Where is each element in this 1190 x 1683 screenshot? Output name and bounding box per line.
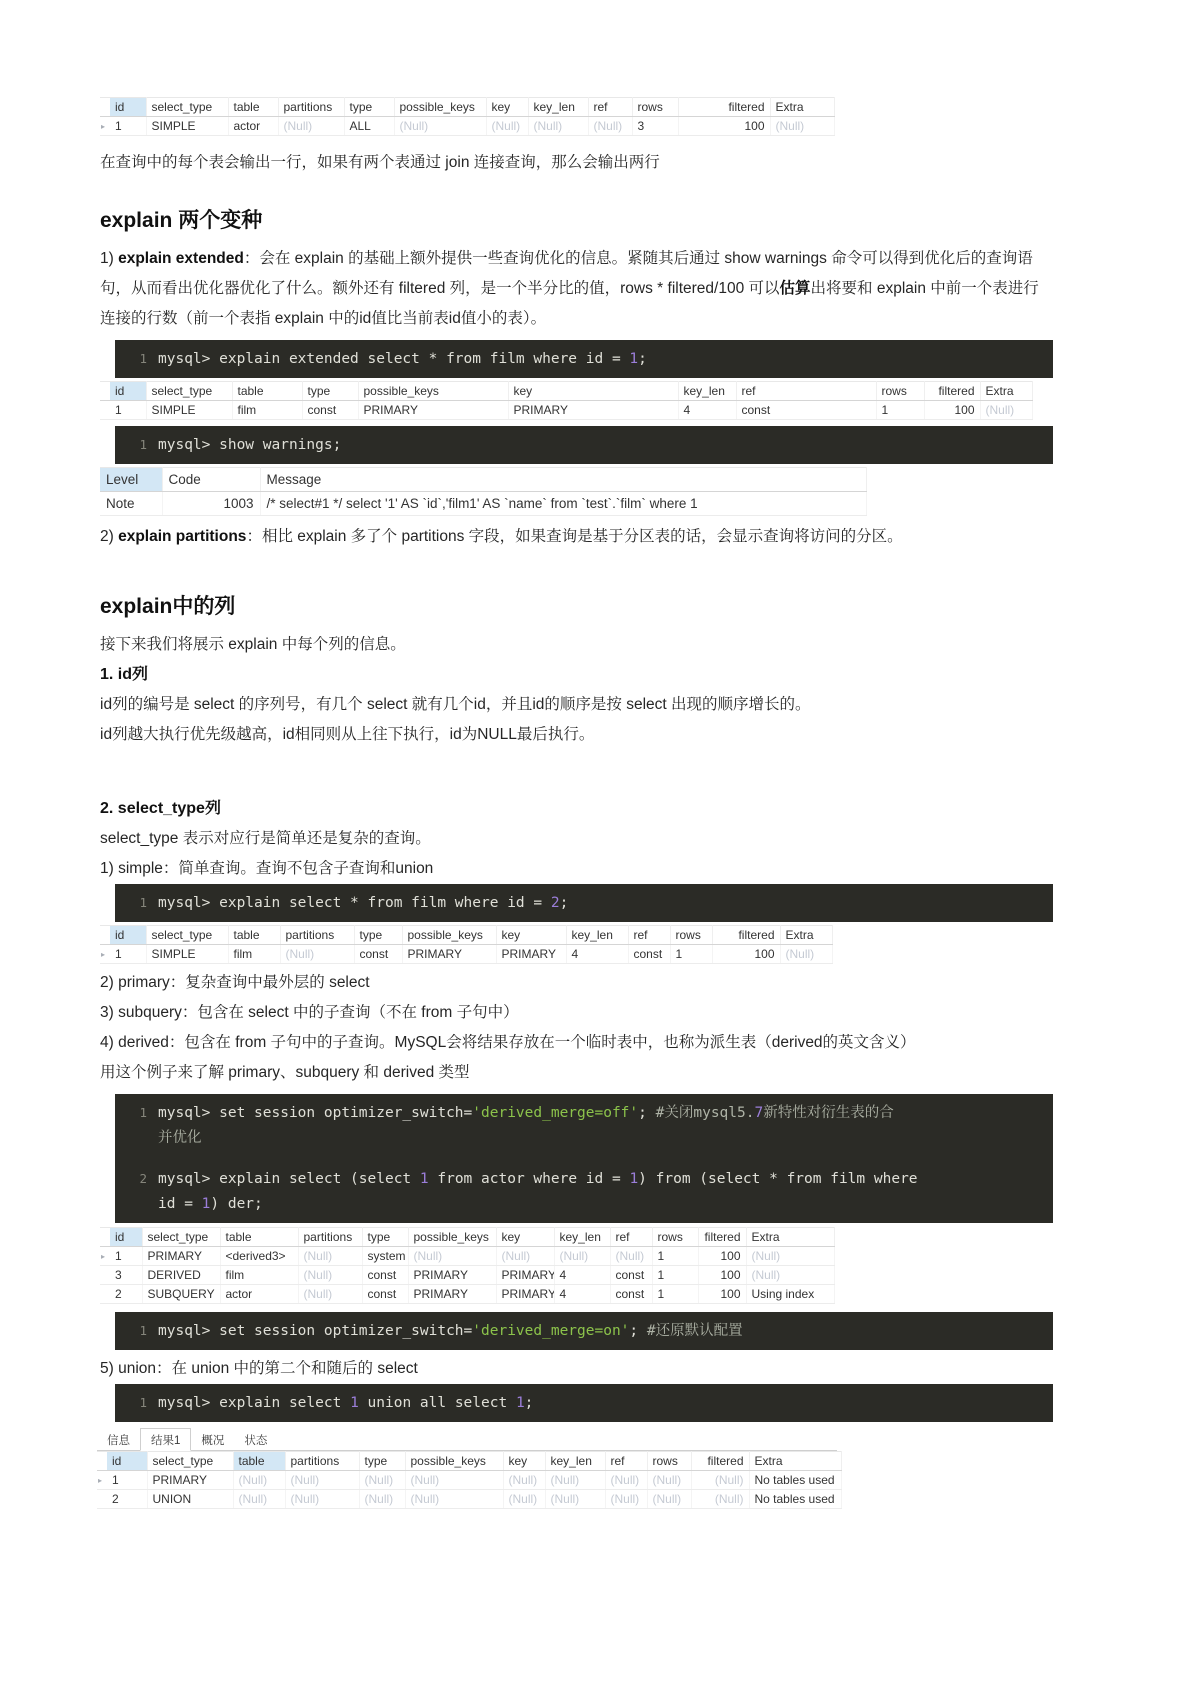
- explain-partitions-paragraph: 2) explain partitions：相比 explain 多了个 par…: [100, 522, 1048, 552]
- result-table-union: id select_type table partitions type pos…: [97, 1451, 842, 1509]
- col-type: type: [344, 98, 394, 117]
- code-line: 1mysql> explain select 1 union all selec…: [131, 1390, 1053, 1416]
- col-key: key: [486, 98, 528, 117]
- result-tabs: 信息 结果1 概况 状态: [97, 1428, 837, 1451]
- tab-overview[interactable]: 概况: [191, 1429, 234, 1450]
- code-line: 并优化: [131, 1126, 1053, 1151]
- join-note: 在查询中的每个表会输出一行，如果有两个表通过 join 连接查询，那么会输出两行: [100, 148, 1048, 178]
- explain-extended-term: explain extended: [118, 250, 244, 267]
- col-filtered: filtered: [678, 98, 770, 117]
- table-header-row: id select_type table partitions type pos…: [97, 1452, 841, 1471]
- col-key-len: key_len: [528, 98, 588, 117]
- tab-info[interactable]: 信息: [97, 1429, 140, 1450]
- table-header-row: id select_type table type possible_keys …: [100, 382, 1032, 401]
- code-line: id = 1) der;: [131, 1192, 1053, 1217]
- result-table-extended: id select_type table type possible_keys …: [100, 381, 1033, 420]
- code-block-show-warnings: 1mysql> show warnings;: [115, 426, 1053, 464]
- table-row: ▸ 1 PRIMARY (Null) (Null) (Null) (Null) …: [97, 1471, 841, 1490]
- row-marker-icon: ▸: [97, 1471, 107, 1490]
- col-extra: Extra: [770, 98, 834, 117]
- table-row: 2 UNION (Null) (Null) (Null) (Null) (Nul…: [97, 1490, 841, 1509]
- estimate-term: 估算: [780, 280, 811, 297]
- table-header-row: id select_type table partitions type pos…: [100, 926, 832, 945]
- code-block-explain-extended: 1mysql> explain extended select * from f…: [115, 340, 1053, 378]
- example-note: 用这个例子来了解 primary、subquery 和 derived 类型: [100, 1058, 1048, 1088]
- item-union: 5) union：在 union 中的第二个和随后的 select: [100, 1354, 1048, 1384]
- code-line: 1mysql> set session optimizer_switch='de…: [131, 1100, 1053, 1126]
- explain-partitions-term: explain partitions: [118, 528, 246, 545]
- col-select-type: select_type: [146, 98, 228, 117]
- id-column-title: 1. id列: [100, 660, 1150, 690]
- item-simple: 1) simple：简单查询。查询不包含子查询和union: [100, 854, 1048, 884]
- table-row: ▸ 1 SIMPLE actor (Null) ALL (Null) (Null…: [100, 117, 834, 136]
- col-level: Level: [100, 468, 162, 492]
- section-title-columns: explain中的列: [100, 592, 1150, 622]
- select-type-intro: select_type 表示对应行是简单还是复杂的查询。: [100, 824, 1048, 854]
- col-message: Message: [260, 468, 866, 492]
- table-row: ▸ 1 SIMPLE film (Null) const PRIMARY PRI…: [100, 945, 832, 964]
- table-row: Note 1003 /* select#1 */ select '1' AS `…: [100, 492, 866, 516]
- code-line: 2mysql> explain select (select 1 from ac…: [131, 1166, 1053, 1192]
- code-block-union: 1mysql> explain select 1 union all selec…: [115, 1384, 1053, 1422]
- code-block-derived-merge-on: 1mysql> set session optimizer_switch='de…: [115, 1312, 1053, 1350]
- item-primary: 2) primary：复杂查询中最外层的 select: [100, 968, 1048, 998]
- select-type-column-title: 2. select_type列: [100, 794, 1150, 824]
- col-id: id: [110, 98, 146, 117]
- code-block-derived-example: 1mysql> set session optimizer_switch='de…: [115, 1094, 1053, 1223]
- col-possible-keys: possible_keys: [394, 98, 486, 117]
- code-line: 1mysql> explain extended select * from f…: [131, 346, 1053, 372]
- code-line: 1mysql> show warnings;: [131, 432, 1053, 458]
- result-table-derived: id select_type table partitions type pos…: [100, 1227, 835, 1304]
- id-column-line2: id列越大执行优先级越高，id相同则从上往下执行，id为NULL最后执行。: [100, 720, 1048, 750]
- code-line: 1mysql> set session optimizer_switch='de…: [131, 1318, 1053, 1344]
- col-code: Code: [162, 468, 260, 492]
- document-page: id select_type table partitions type pos…: [0, 0, 1190, 1509]
- table-row: 3 DERIVED film (Null) const PRIMARY PRIM…: [100, 1266, 834, 1285]
- table-row: 1 SIMPLE film const PRIMARY PRIMARY 4 co…: [100, 401, 1032, 420]
- code-block-explain-simple: 1mysql> explain select * from film where…: [115, 884, 1053, 922]
- col-table: table: [228, 98, 278, 117]
- table-header-row: id select_type table partitions type pos…: [100, 98, 834, 117]
- table-header-row: Level Code Message: [100, 468, 866, 492]
- explain-extended-paragraph: 1) explain extended：会在 explain 的基础上额外提供一…: [100, 244, 1048, 334]
- item-derived: 4) derived：包含在 from 子句中的子查询。MySQL会将结果存放在…: [100, 1028, 1048, 1058]
- section-title-variants: explain 两个变种: [100, 206, 1150, 236]
- columns-intro: 接下来我们将展示 explain 中每个列的信息。: [100, 630, 1048, 660]
- result-table-simple-actor: id select_type table partitions type pos…: [100, 97, 835, 136]
- code-line: [131, 1151, 1053, 1166]
- id-column-line1: id列的编号是 select 的序列号，有几个 select 就有几个id，并且…: [100, 690, 1048, 720]
- tab-status[interactable]: 状态: [234, 1429, 277, 1450]
- tab-result1[interactable]: 结果1: [140, 1428, 191, 1451]
- col-partitions: partitions: [278, 98, 344, 117]
- row-marker-icon: ▸: [100, 945, 110, 964]
- row-marker-icon: ▸: [100, 1247, 110, 1266]
- table-row: 2 SUBQUERY actor (Null) const PRIMARY PR…: [100, 1285, 834, 1304]
- code-line: 1mysql> explain select * from film where…: [131, 890, 1053, 916]
- col-ref: ref: [588, 98, 632, 117]
- col-rows: rows: [632, 98, 678, 117]
- warnings-table: Level Code Message Note 1003 /* select#1…: [100, 467, 867, 516]
- table-row: ▸ 1 PRIMARY <derived3> (Null) system (Nu…: [100, 1247, 834, 1266]
- table-header-row: id select_type table partitions type pos…: [100, 1228, 834, 1247]
- item-subquery: 3) subquery：包含在 select 中的子查询（不在 from 子句中…: [100, 998, 1048, 1028]
- result-table-simple-film: id select_type table partitions type pos…: [100, 925, 833, 964]
- row-marker-icon: ▸: [100, 117, 110, 136]
